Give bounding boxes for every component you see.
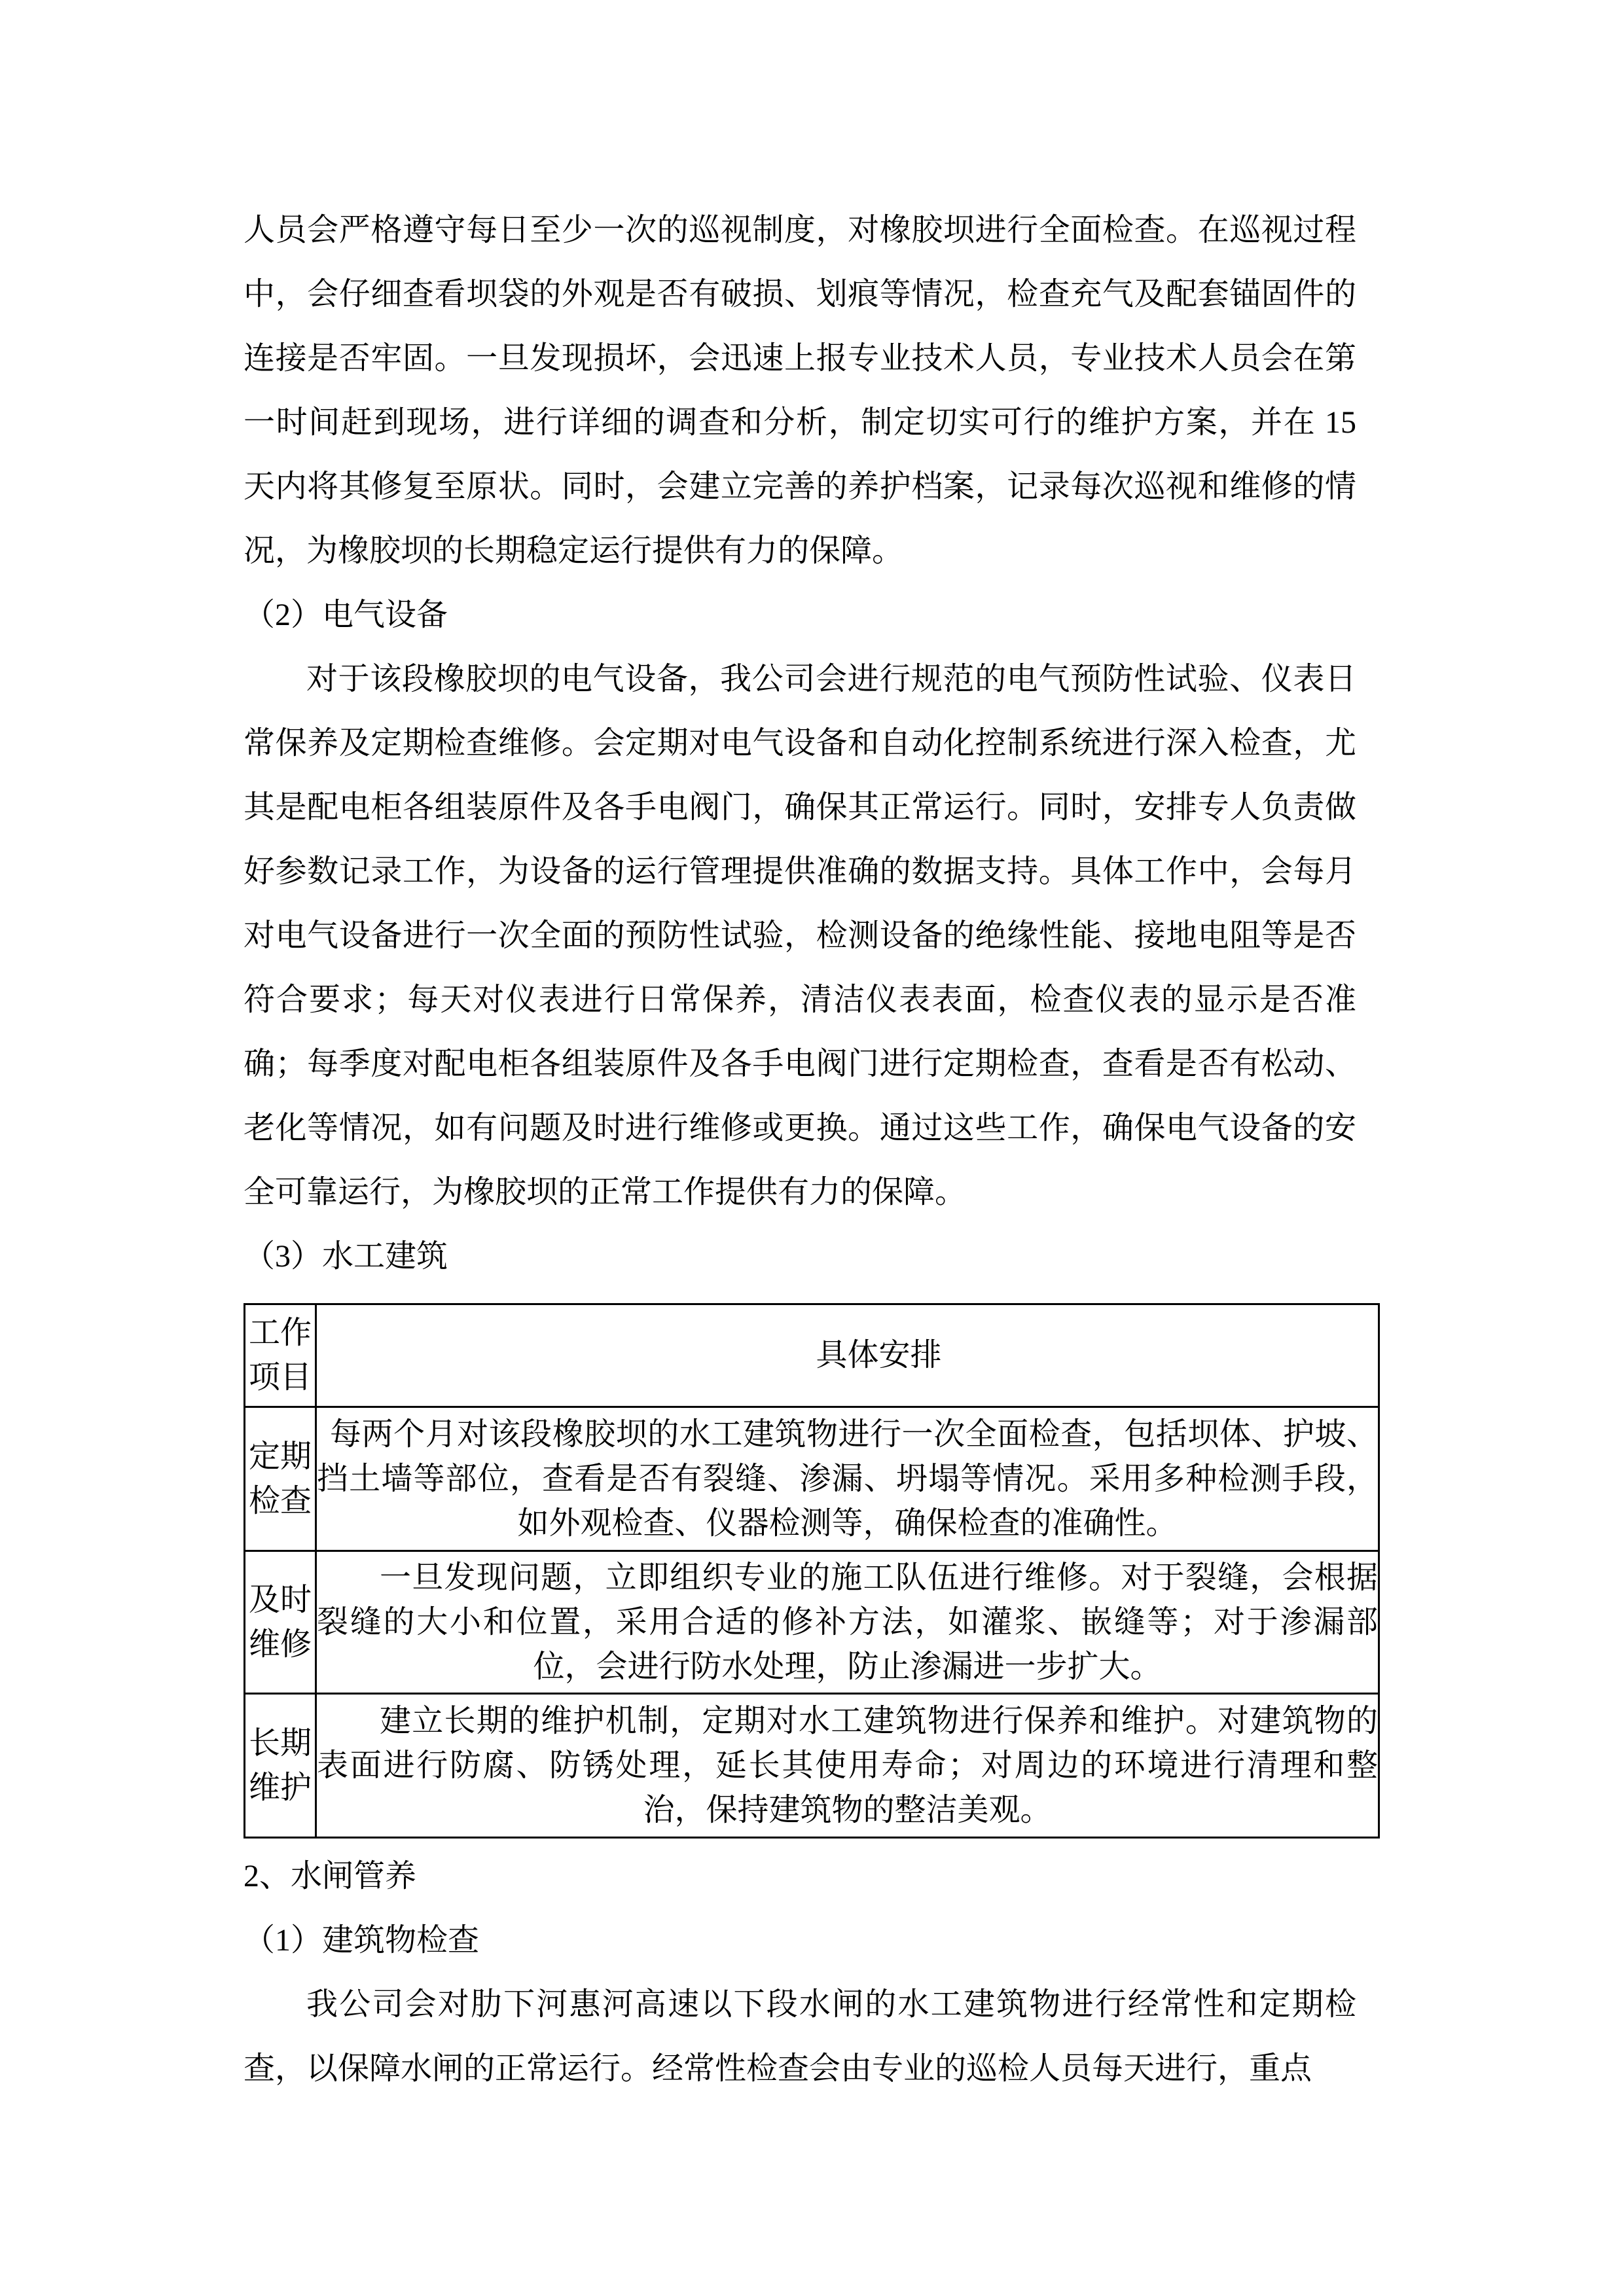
page-content: 人员会严格遵守每日至少一次的巡视制度，对橡胶坝进行全面检查。在巡视过程中，会仔细… [244,198,1356,2101]
table-row: 长期维护 建立长期的维护机制，定期对水工建筑物进行保养和维护。对建筑物的表面进行… [245,1694,1379,1838]
table-header-arrangement-label: 具体安排 [317,1333,1378,1378]
paragraph-sluice-inspection: 我公司会对肋下河惠河高速以下段水闸的水工建筑物进行经常性和定期检查，以保障水闸的… [244,1973,1356,2101]
document-page: 人员会严格遵守每日至少一次的巡视制度，对橡胶坝进行全面检查。在巡视过程中，会仔细… [0,0,1624,2296]
table-header-work-item: 工作项目 [245,1304,316,1407]
table-detail-text: 建立长期的维护机制，定期对水工建筑物进行保养和维护。对建筑物的表面进行防腐、防锈… [317,1699,1378,1833]
paragraph-electrical-equipment: 对于该段橡胶坝的电气设备，我公司会进行规范的电气预防性试验、仪表日常保养及定期检… [244,647,1356,1225]
table-detail-text: 一旦发现问题，立即组织专业的施工队伍进行维修。对于裂缝，会根据裂缝的大小和位置，… [317,1556,1378,1689]
table-cell-item-longterm-maintenance: 长期维护 [245,1694,316,1838]
table-cell-detail-timely-repair: 一旦发现问题，立即组织专业的施工队伍进行维修。对于裂缝，会根据裂缝的大小和位置，… [316,1551,1379,1694]
table-cell-detail-regular-inspection: 每两个月对该段橡胶坝的水工建筑物进行一次全面检查，包括坝体、护坡、挡土墙等部位，… [316,1407,1379,1551]
table-detail-text: 每两个月对该段橡胶坝的水工建筑物进行一次全面检查，包括坝体、护坡、挡土墙等部位，… [317,1412,1378,1546]
table-row: 及时维修 一旦发现问题，立即组织专业的施工队伍进行维修。对于裂缝，会根据裂缝的大… [245,1551,1379,1694]
table-cell-item-timely-repair: 及时维修 [245,1551,316,1694]
heading-hydraulic-structures: （3）水工建筑 [244,1225,1356,1289]
table-row: 定期检查 每两个月对该段橡胶坝的水工建筑物进行一次全面检查，包括坝体、护坡、挡土… [245,1407,1379,1551]
table-cell-item-regular-inspection: 定期检查 [245,1407,316,1551]
work-schedule-table: 工作项目 具体安排 定期检查 每两个月对该段橡胶坝的水工建筑物进行一次全面检查，… [244,1303,1380,1839]
heading-sluice-management: 2、水闸管养 [244,1844,1356,1909]
table-cell-detail-longterm-maintenance: 建立长期的维护机制，定期对水工建筑物进行保养和维护。对建筑物的表面进行防腐、防锈… [316,1694,1379,1838]
heading-electrical-equipment: （2）电气设备 [244,583,1356,647]
heading-building-inspection: （1）建筑物检查 [244,1909,1356,1973]
table-header-row: 工作项目 具体安排 [245,1304,1379,1407]
paragraph-rubber-dam-patrol: 人员会严格遵守每日至少一次的巡视制度，对橡胶坝进行全面检查。在巡视过程中，会仔细… [244,198,1356,583]
table-header-arrangement: 具体安排 [316,1304,1379,1407]
